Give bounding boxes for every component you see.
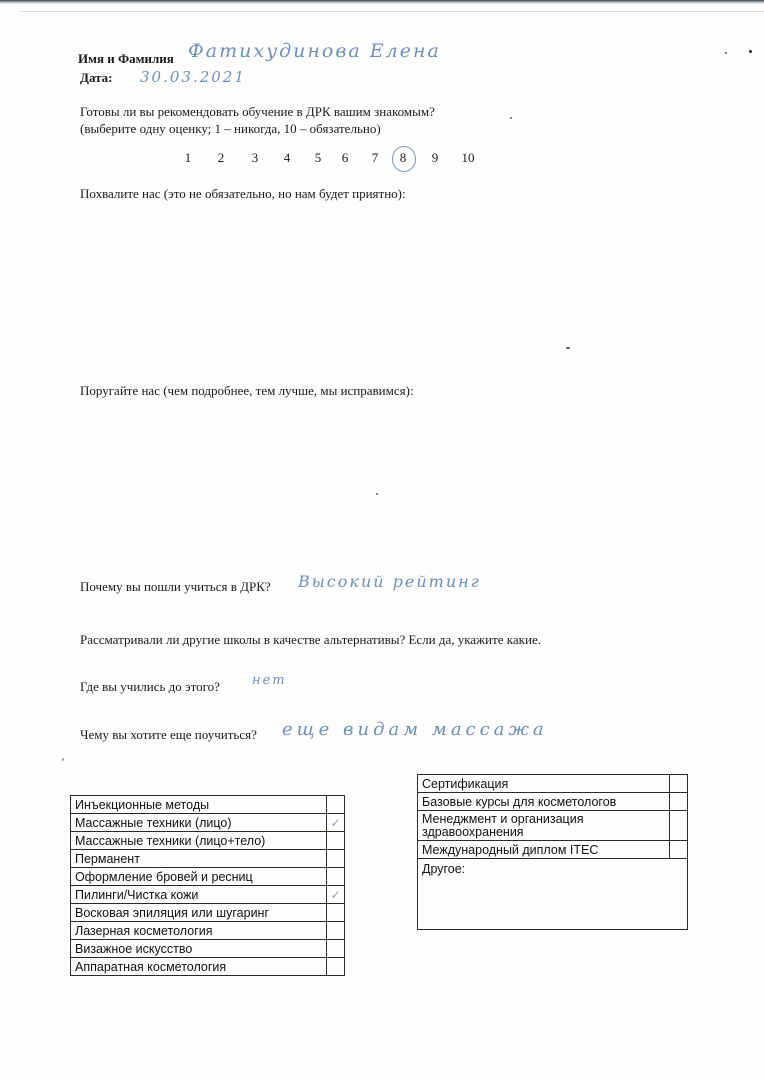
course-row: Оформление бровей и ресниц xyxy=(71,868,345,886)
course-row-label: Визажное искусство xyxy=(71,940,327,958)
why-drk-question: Почему вы пошли учиться в ДРК? xyxy=(80,579,271,595)
scan-speck xyxy=(725,52,727,54)
alternatives-question: Рассматривали ли другие школы в качестве… xyxy=(80,632,541,648)
cert-row-label: Сертификация xyxy=(418,775,670,793)
rating-option-7[interactable]: 7 xyxy=(365,150,385,166)
course-row-label: Массажные техники (лицо+тело) xyxy=(71,832,327,850)
other-row: Другое: xyxy=(418,859,688,930)
other-cell[interactable]: Другое: xyxy=(418,859,688,930)
name-field[interactable]: Фатихудинова Елена xyxy=(188,40,441,62)
praise-answer-area[interactable] xyxy=(80,206,680,366)
course-row-label: Массажные техники (лицо) xyxy=(71,814,327,832)
scan-speck xyxy=(566,347,570,349)
want-to-learn-question: Чему вы хотите еще поучиться? xyxy=(80,727,257,743)
course-row-label: Лазерная косметология xyxy=(71,922,327,940)
scan-speck xyxy=(62,758,64,761)
course-row-label: Инъекционные методы xyxy=(71,796,327,814)
rating-option-4[interactable]: 4 xyxy=(277,150,297,166)
criticism-question: Поругайте нас (чем подробнее, тем лучше,… xyxy=(80,383,414,399)
course-row-label: Перманент xyxy=(71,850,327,868)
recommend-question: Готовы ли вы рекомендовать обучение в ДР… xyxy=(80,104,435,120)
certification-table: СертификацияБазовые курсы для косметолог… xyxy=(417,774,688,930)
rating-option-5[interactable]: 5 xyxy=(308,150,328,166)
course-row-label: Оформление бровей и ресниц xyxy=(71,868,327,886)
rating-option-3[interactable]: 3 xyxy=(245,150,265,166)
course-row-label: Аппаратная косметология xyxy=(71,958,327,976)
course-row-checkbox[interactable] xyxy=(327,958,345,976)
cert-row-label: Базовые курсы для косметологов xyxy=(418,793,670,811)
course-interest-table: Инъекционные методыМассажные техники (ли… xyxy=(70,795,345,976)
course-row: Визажное искусство xyxy=(71,940,345,958)
cert-row-checkbox[interactable] xyxy=(670,775,688,793)
scan-artifact-line xyxy=(20,11,764,12)
rating-option-9[interactable]: 9 xyxy=(425,150,445,166)
want-to-learn-answer[interactable]: еще видам массажа xyxy=(282,719,548,740)
cert-row-checkbox[interactable] xyxy=(670,841,688,859)
course-row-checkbox[interactable] xyxy=(327,832,345,850)
date-field[interactable]: 30.03.2021 xyxy=(140,68,246,86)
course-row-label: Пилинги/Чистка кожи xyxy=(71,886,327,904)
rating-option-10[interactable]: 10 xyxy=(458,150,478,166)
cert-row-checkbox[interactable] xyxy=(670,793,688,811)
date-label: Дата: xyxy=(80,70,112,86)
scan-speck xyxy=(510,117,512,119)
cert-row: Базовые курсы для косметологов xyxy=(418,793,688,811)
course-row: Массажные техники (лицо)✓ xyxy=(71,814,345,832)
scan-top-edge xyxy=(0,0,764,4)
cert-row-checkbox[interactable] xyxy=(670,811,688,841)
studied-before-question: Где вы учились до этого? xyxy=(80,679,220,695)
praise-question: Похвалите нас (это не обязательно, но на… xyxy=(80,186,406,202)
cert-row: Сертификация xyxy=(418,775,688,793)
check-mark-icon: ✓ xyxy=(330,816,340,830)
selected-rating-circle xyxy=(392,146,416,172)
course-row-checkbox[interactable] xyxy=(327,922,345,940)
course-row: Массажные техники (лицо+тело) xyxy=(71,832,345,850)
scan-speck xyxy=(376,493,378,495)
alternatives-answer[interactable] xyxy=(80,650,680,670)
rating-option-1[interactable]: 1 xyxy=(178,150,198,166)
rating-option-2[interactable]: 2 xyxy=(211,150,231,166)
course-row-checkbox[interactable]: ✓ xyxy=(327,886,345,904)
name-label: Имя и Фамилия xyxy=(78,51,174,67)
course-row-checkbox[interactable]: ✓ xyxy=(327,814,345,832)
course-row-checkbox[interactable] xyxy=(327,850,345,868)
cert-row-label: Менеджмент и организация здравоохранения xyxy=(418,811,670,841)
criticism-answer-area[interactable] xyxy=(80,404,680,564)
course-row-label: Восковая эпиляция или шугаринг xyxy=(71,904,327,922)
cert-row-label: Международный диплом ITEC xyxy=(418,841,670,859)
course-row: Аппаратная косметология xyxy=(71,958,345,976)
course-row: Инъекционные методы xyxy=(71,796,345,814)
course-row: Перманент xyxy=(71,850,345,868)
cert-row: Менеджмент и организация здравоохранения xyxy=(418,811,688,841)
course-row-checkbox[interactable] xyxy=(327,904,345,922)
scan-speck xyxy=(749,50,752,53)
course-row: Восковая эпиляция или шугаринг xyxy=(71,904,345,922)
cert-row: Международный диплом ITEC xyxy=(418,841,688,859)
studied-before-answer[interactable]: нет xyxy=(252,673,287,688)
recommend-hint: (выберите одну оценку; 1 – никогда, 10 –… xyxy=(80,121,381,137)
rating-option-6[interactable]: 6 xyxy=(335,150,355,166)
why-drk-answer[interactable]: Высокий рейтинг xyxy=(298,572,481,591)
course-row-checkbox[interactable] xyxy=(327,868,345,886)
course-row: Лазерная косметология xyxy=(71,922,345,940)
other-label: Другое: xyxy=(422,861,683,877)
check-mark-icon: ✓ xyxy=(330,888,340,902)
course-row-checkbox[interactable] xyxy=(327,796,345,814)
course-row: Пилинги/Чистка кожи✓ xyxy=(71,886,345,904)
course-row-checkbox[interactable] xyxy=(327,940,345,958)
